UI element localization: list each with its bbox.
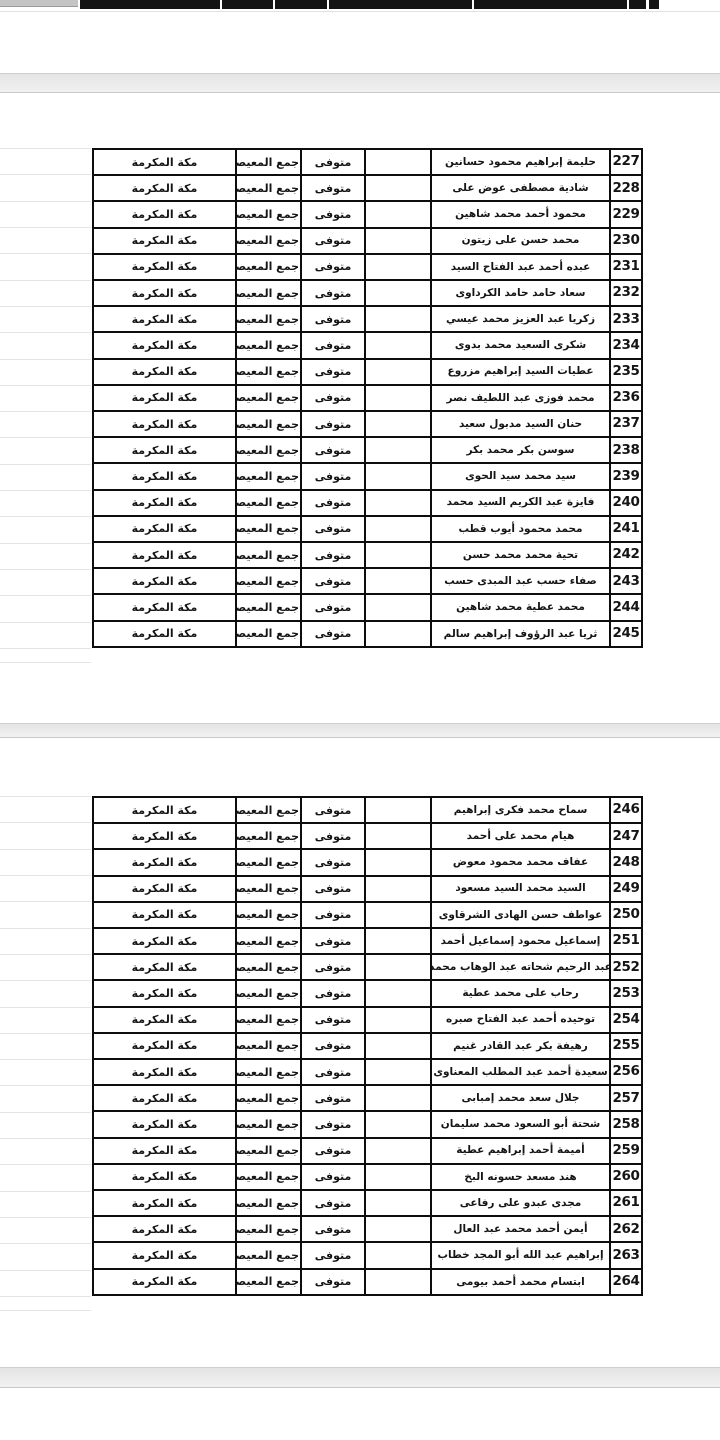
row-number-cell: 233 — [611, 307, 641, 331]
name-cell: تحية محمد محمد حسن — [432, 543, 609, 567]
top-gridline — [0, 11, 720, 12]
faint-gridline — [0, 849, 91, 850]
faint-gridline — [0, 980, 91, 981]
status-cell: متوفى — [302, 412, 364, 436]
empty-cell — [366, 386, 430, 410]
row-number-cell: 259 — [611, 1139, 641, 1163]
status-cell: متوفى — [302, 824, 364, 848]
page-break-band — [0, 73, 720, 93]
location-cell: مكة المكرمة — [94, 955, 235, 979]
status-cell: متوفى — [302, 1191, 364, 1215]
gathering-cell: جمع المعيصم — [237, 929, 300, 953]
status-cell: متوفى — [302, 955, 364, 979]
name-cell: محمد حسن على زيتون — [432, 229, 609, 253]
name-cell: سعاد حامد حامد الكرداوى — [432, 281, 609, 305]
name-cell: زكريا عبد العزيز محمد عيسي — [432, 307, 609, 331]
empty-cell — [366, 903, 430, 927]
faint-gridline — [0, 1138, 91, 1139]
empty-cell — [366, 1191, 430, 1215]
empty-cell — [366, 1112, 430, 1136]
name-cell: أيمن أحمد محمد عبد العال — [432, 1217, 609, 1241]
empty-cell — [366, 1217, 430, 1241]
gathering-cell: جمع المعيصم — [237, 412, 300, 436]
empty-cell — [366, 1165, 430, 1189]
faint-gridline — [0, 1217, 91, 1218]
faint-gridline — [0, 1164, 91, 1165]
status-cell: متوفى — [302, 464, 364, 488]
faint-gridline — [0, 1112, 91, 1113]
faint-gridline — [0, 280, 91, 281]
faint-gridline — [0, 253, 91, 254]
location-cell: مكة المكرمة — [94, 464, 235, 488]
faint-gridline — [0, 662, 91, 663]
name-cell: شحتة أبو السعود محمد سليمان — [432, 1112, 609, 1136]
gathering-cell: جمع المعيصم — [237, 981, 300, 1005]
status-cell: متوفى — [302, 569, 364, 593]
faint-gridline — [0, 174, 91, 175]
row-number-cell: 231 — [611, 255, 641, 279]
empty-cell — [366, 569, 430, 593]
faint-gridline — [0, 569, 91, 570]
status-cell: متوفى — [302, 229, 364, 253]
location-cell: مكة المكرمة — [94, 850, 235, 874]
name-cell: شادية مصطفى عوض على — [432, 176, 609, 200]
location-cell: مكة المكرمة — [94, 229, 235, 253]
empty-cell — [366, 824, 430, 848]
scanned-sheet-page: { "table": { "status_label": "متوفى", "g… — [0, 0, 720, 1440]
location-cell: مكة المكرمة — [94, 281, 235, 305]
status-cell: متوفى — [302, 1034, 364, 1058]
location-cell: مكة المكرمة — [94, 1008, 235, 1032]
empty-cell — [366, 412, 430, 436]
row-number-cell: 248 — [611, 850, 641, 874]
location-cell: مكة المكرمة — [94, 1139, 235, 1163]
name-cell: حنان السيد مدبول سعيد — [432, 412, 609, 436]
faint-gridline — [0, 359, 91, 360]
faint-gridline — [0, 1310, 91, 1311]
faint-gridline — [0, 1033, 91, 1034]
status-cell: متوفى — [302, 1008, 364, 1032]
status-cell: متوفى — [302, 798, 364, 822]
gathering-cell: جمع المعيصم — [237, 798, 300, 822]
status-cell: متوفى — [302, 517, 364, 541]
name-cell: عبد الرحيم شحاته عبد الوهاب محمد — [432, 955, 609, 979]
name-cell: صفاء حسب عبد المبدى حسب — [432, 569, 609, 593]
location-cell: مكة المكرمة — [94, 360, 235, 384]
location-cell: مكة المكرمة — [94, 255, 235, 279]
row-number-cell: 249 — [611, 877, 641, 901]
row-number-cell: 240 — [611, 491, 641, 515]
name-cell: محمد محمود أيوب قطب — [432, 517, 609, 541]
faint-gridline — [0, 954, 91, 955]
status-cell: متوفى — [302, 307, 364, 331]
location-cell: مكة المكرمة — [94, 877, 235, 901]
row-number-cell: 246 — [611, 798, 641, 822]
name-cell: سيد محمد سيد الحوى — [432, 464, 609, 488]
status-cell: متوفى — [302, 386, 364, 410]
faint-gridline — [0, 928, 91, 929]
clipped-black-header-end — [649, 0, 659, 9]
row-number-cell: 234 — [611, 333, 641, 357]
status-cell: متوفى — [302, 1112, 364, 1136]
name-cell: شكرى السعيد محمد بدوى — [432, 333, 609, 357]
name-cell: سماح محمد فكرى إبراهيم — [432, 798, 609, 822]
gathering-cell: جمع المعيصم — [237, 1139, 300, 1163]
faint-gridline — [0, 437, 91, 438]
faint-gridline — [0, 822, 91, 823]
location-cell: مكة المكرمة — [94, 1217, 235, 1241]
location-cell: مكة المكرمة — [94, 333, 235, 357]
name-cell: جلال سعد محمد إمبابى — [432, 1086, 609, 1110]
gathering-cell: جمع المعيصم — [237, 1270, 300, 1294]
gathering-cell: جمع المعيصم — [237, 1217, 300, 1241]
row-number-cell: 253 — [611, 981, 641, 1005]
location-cell: مكة المكرمة — [94, 202, 235, 226]
status-cell: متوفى — [302, 1139, 364, 1163]
status-cell: متوفى — [302, 491, 364, 515]
gathering-cell: جمع المعيصم — [237, 1060, 300, 1084]
gathering-cell: جمع المعيصم — [237, 176, 300, 200]
row-number-cell: 229 — [611, 202, 641, 226]
row-number-cell: 235 — [611, 360, 641, 384]
location-cell: مكة المكرمة — [94, 569, 235, 593]
faint-gridline — [0, 622, 91, 623]
location-cell: مكة المكرمة — [94, 1165, 235, 1189]
status-cell: متوفى — [302, 360, 364, 384]
faint-gridline — [0, 516, 91, 517]
empty-cell — [366, 798, 430, 822]
row-number-cell: 262 — [611, 1217, 641, 1241]
empty-cell — [366, 281, 430, 305]
row-number-cell: 252 — [611, 955, 641, 979]
empty-cell — [366, 464, 430, 488]
faint-gridline — [0, 543, 91, 544]
location-cell: مكة المكرمة — [94, 1034, 235, 1058]
row-number-cell: 261 — [611, 1191, 641, 1215]
empty-cell — [366, 877, 430, 901]
faint-gridline — [0, 306, 91, 307]
gathering-cell: جمع المعيصم — [237, 517, 300, 541]
gathering-cell: جمع المعيصم — [237, 955, 300, 979]
empty-cell — [366, 929, 430, 953]
faint-gridline — [0, 595, 91, 596]
empty-cell — [366, 333, 430, 357]
location-cell: مكة المكرمة — [94, 517, 235, 541]
faint-gridline — [0, 490, 91, 491]
faint-gridline — [0, 1191, 91, 1192]
empty-cell — [366, 1270, 430, 1294]
faint-gridline — [0, 875, 91, 876]
empty-cell — [366, 150, 430, 174]
row-number-cell: 245 — [611, 622, 641, 646]
faint-gridline — [0, 201, 91, 202]
gathering-cell: جمع المعيصم — [237, 824, 300, 848]
status-cell: متوفى — [302, 1270, 364, 1294]
gathering-cell: جمع المعيصم — [237, 569, 300, 593]
row-number-cell: 247 — [611, 824, 641, 848]
status-cell: متوفى — [302, 202, 364, 226]
row-number-cell: 250 — [611, 903, 641, 927]
row-number-cell: 258 — [611, 1112, 641, 1136]
name-cell: سوسن بكر محمد بكر — [432, 438, 609, 462]
location-cell: مكة المكرمة — [94, 386, 235, 410]
empty-cell — [366, 360, 430, 384]
name-cell: عفاف محمد محمود معوض — [432, 850, 609, 874]
empty-cell — [366, 491, 430, 515]
location-cell: مكة المكرمة — [94, 150, 235, 174]
row-number-cell: 256 — [611, 1060, 641, 1084]
name-cell: محمد فوزى عبد اللطيف نصر — [432, 386, 609, 410]
location-cell: مكة المكرمة — [94, 176, 235, 200]
row-number-cell: 242 — [611, 543, 641, 567]
faint-gridline — [0, 385, 91, 386]
name-cell: توحيده أحمد عبد الفتاح صبره — [432, 1008, 609, 1032]
header-column-separator — [627, 0, 629, 9]
location-cell: مكة المكرمة — [94, 1243, 235, 1267]
gathering-cell: جمع المعيصم — [237, 1191, 300, 1215]
location-cell: مكة المكرمة — [94, 1191, 235, 1215]
status-cell: متوفى — [302, 877, 364, 901]
status-cell: متوفى — [302, 1060, 364, 1084]
gathering-cell: جمع المعيصم — [237, 464, 300, 488]
row-number-cell: 236 — [611, 386, 641, 410]
empty-cell — [366, 1034, 430, 1058]
row-number-cell: 260 — [611, 1165, 641, 1189]
faint-gridline — [0, 648, 91, 649]
row-number-cell: 241 — [611, 517, 641, 541]
faint-gridline — [0, 464, 91, 465]
row-number-cell: 257 — [611, 1086, 641, 1110]
name-cell: هند مسعد حسونه البخ — [432, 1165, 609, 1189]
faint-gridline — [0, 227, 91, 228]
faint-gridline — [0, 148, 91, 149]
clipped-header-gray-segment — [0, 0, 78, 7]
location-cell: مكة المكرمة — [94, 491, 235, 515]
header-column-separator — [273, 0, 275, 9]
empty-cell — [366, 850, 430, 874]
gathering-cell: جمع المعيصم — [237, 491, 300, 515]
page-break-band — [0, 1367, 720, 1388]
empty-cell — [366, 176, 430, 200]
name-cell: ثريا عبد الرؤوف إبراهيم سالم — [432, 622, 609, 646]
gathering-cell: جمع المعيصم — [237, 1086, 300, 1110]
row-number-cell: 255 — [611, 1034, 641, 1058]
empty-cell — [366, 1139, 430, 1163]
faint-gridline — [0, 1270, 91, 1271]
status-cell: متوفى — [302, 255, 364, 279]
name-cell: هيام محمد على أحمد — [432, 824, 609, 848]
row-number-cell: 239 — [611, 464, 641, 488]
row-number-cell: 230 — [611, 229, 641, 253]
name-cell: رحاب على محمد عطية — [432, 981, 609, 1005]
location-cell: مكة المكرمة — [94, 798, 235, 822]
status-cell: متوفى — [302, 1243, 364, 1267]
gathering-cell: جمع المعيصم — [237, 1165, 300, 1189]
empty-cell — [366, 229, 430, 253]
empty-cell — [366, 981, 430, 1005]
row-number-cell: 263 — [611, 1243, 641, 1267]
location-cell: مكة المكرمة — [94, 1086, 235, 1110]
gathering-cell: جمع المعيصم — [237, 1112, 300, 1136]
empty-cell — [366, 307, 430, 331]
row-number-cell: 228 — [611, 176, 641, 200]
status-cell: متوفى — [302, 176, 364, 200]
gathering-cell: جمع المعيصم — [237, 1243, 300, 1267]
empty-cell — [366, 622, 430, 646]
status-cell: متوفى — [302, 903, 364, 927]
gathering-cell: جمع المعيصم — [237, 202, 300, 226]
name-cell: ابتسام محمد أحمد بيومى — [432, 1270, 609, 1294]
header-column-separator — [220, 0, 222, 9]
gathering-cell: جمع المعيصم — [237, 307, 300, 331]
gathering-cell: جمع المعيصم — [237, 595, 300, 619]
name-cell: إسماعيل محمود إسماعيل أحمد — [432, 929, 609, 953]
location-cell: مكة المكرمة — [94, 1112, 235, 1136]
gathering-cell: جمع المعيصم — [237, 333, 300, 357]
gathering-cell: جمع المعيصم — [237, 281, 300, 305]
gathering-cell: جمع المعيصم — [237, 438, 300, 462]
faint-gridline — [0, 411, 91, 412]
location-cell: مكة المكرمة — [94, 307, 235, 331]
status-cell: متوفى — [302, 981, 364, 1005]
faint-gridline — [0, 1059, 91, 1060]
name-cell: حليمة إبراهيم محمود حسانين — [432, 150, 609, 174]
gathering-cell: جمع المعيصم — [237, 543, 300, 567]
gathering-cell: جمع المعيصم — [237, 903, 300, 927]
row-number-cell: 254 — [611, 1008, 641, 1032]
location-cell: مكة المكرمة — [94, 981, 235, 1005]
empty-cell — [366, 438, 430, 462]
empty-cell — [366, 202, 430, 226]
name-cell: فايزة عبد الكريم السيد محمد — [432, 491, 609, 515]
row-number-cell: 237 — [611, 412, 641, 436]
location-cell: مكة المكرمة — [94, 622, 235, 646]
gathering-cell: جمع المعيصم — [237, 1008, 300, 1032]
empty-cell — [366, 517, 430, 541]
location-cell: مكة المكرمة — [94, 824, 235, 848]
status-cell: متوفى — [302, 438, 364, 462]
location-cell: مكة المكرمة — [94, 438, 235, 462]
deceased-table-block-1: مكة المكرمةجمع المعيصممتوفىحليمة إبراهيم… — [92, 148, 643, 648]
gathering-cell: جمع المعيصم — [237, 360, 300, 384]
name-cell: إبراهيم عبد الله أبو المجد خطاب — [432, 1243, 609, 1267]
empty-cell — [366, 1008, 430, 1032]
location-cell: مكة المكرمة — [94, 412, 235, 436]
name-cell: أميمة أحمد إبراهيم عطية — [432, 1139, 609, 1163]
status-cell: متوفى — [302, 281, 364, 305]
empty-cell — [366, 1086, 430, 1110]
faint-gridline — [0, 1243, 91, 1244]
status-cell: متوفى — [302, 1086, 364, 1110]
row-number-cell: 251 — [611, 929, 641, 953]
status-cell: متوفى — [302, 543, 364, 567]
location-cell: مكة المكرمة — [94, 1270, 235, 1294]
location-cell: مكة المكرمة — [94, 543, 235, 567]
name-cell: السيد محمد السيد مسعود — [432, 877, 609, 901]
status-cell: متوفى — [302, 929, 364, 953]
name-cell: عطيات السيد إبراهيم مزروع — [432, 360, 609, 384]
row-number-cell: 244 — [611, 595, 641, 619]
status-cell: متوفى — [302, 595, 364, 619]
gathering-cell: جمع المعيصم — [237, 150, 300, 174]
location-cell: مكة المكرمة — [94, 929, 235, 953]
header-column-separator — [327, 0, 329, 9]
row-number-cell: 232 — [611, 281, 641, 305]
location-cell: مكة المكرمة — [94, 903, 235, 927]
gathering-cell: جمع المعيصم — [237, 255, 300, 279]
gathering-cell: جمع المعيصم — [237, 877, 300, 901]
gathering-cell: جمع المعيصم — [237, 850, 300, 874]
status-cell: متوفى — [302, 333, 364, 357]
faint-gridline — [0, 1085, 91, 1086]
status-cell: متوفى — [302, 850, 364, 874]
name-cell: محمود أحمد محمد شاهين — [432, 202, 609, 226]
row-number-cell: 238 — [611, 438, 641, 462]
name-cell: سعيدة أحمد عبد المطلب المعناوى — [432, 1060, 609, 1084]
row-number-cell: 227 — [611, 150, 641, 174]
clipped-black-header-row — [80, 0, 646, 9]
empty-cell — [366, 255, 430, 279]
name-cell: مجدى عبدو على رفاعى — [432, 1191, 609, 1215]
empty-cell — [366, 1243, 430, 1267]
status-cell: متوفى — [302, 622, 364, 646]
gathering-cell: جمع المعيصم — [237, 386, 300, 410]
name-cell: عواطف حسن الهادى الشرقاوى — [432, 903, 609, 927]
empty-cell — [366, 595, 430, 619]
deceased-table-block-2: مكة المكرمةجمع المعيصممتوفىسماح محمد فكر… — [92, 796, 643, 1296]
gathering-cell: جمع المعيصم — [237, 229, 300, 253]
faint-gridline — [0, 901, 91, 902]
faint-gridline — [0, 796, 91, 797]
status-cell: متوفى — [302, 1217, 364, 1241]
row-number-cell: 264 — [611, 1270, 641, 1294]
location-cell: مكة المكرمة — [94, 595, 235, 619]
empty-cell — [366, 543, 430, 567]
name-cell: محمد عطية محمد شاهين — [432, 595, 609, 619]
name-cell: رهيفة بكر عبد القادر غنيم — [432, 1034, 609, 1058]
name-cell: عبده أحمد عبد الفتاح السيد — [432, 255, 609, 279]
faint-gridline — [0, 332, 91, 333]
gathering-cell: جمع المعيصم — [237, 1034, 300, 1058]
location-cell: مكة المكرمة — [94, 1060, 235, 1084]
faint-gridline — [0, 1296, 91, 1297]
row-number-cell: 243 — [611, 569, 641, 593]
faint-gridline — [0, 1007, 91, 1008]
header-column-separator — [472, 0, 474, 9]
page-break-band — [0, 723, 720, 738]
status-cell: متوفى — [302, 1165, 364, 1189]
status-cell: متوفى — [302, 150, 364, 174]
empty-cell — [366, 955, 430, 979]
gathering-cell: جمع المعيصم — [237, 622, 300, 646]
empty-cell — [366, 1060, 430, 1084]
